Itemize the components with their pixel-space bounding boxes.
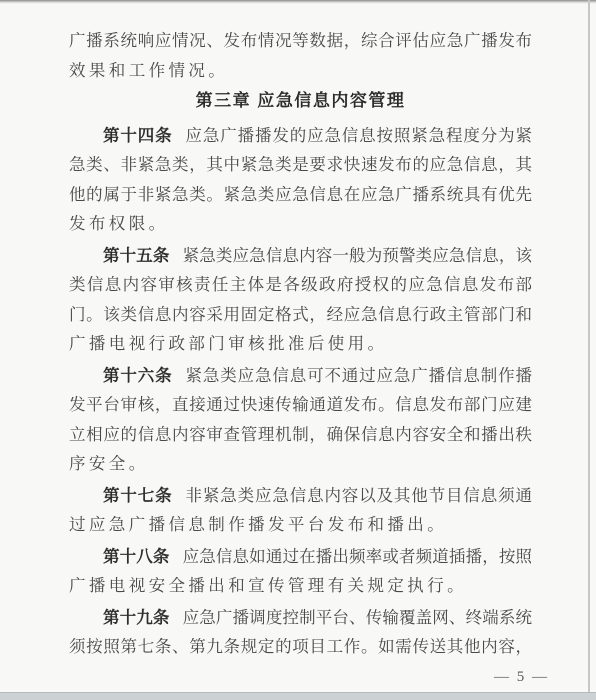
text-line: 第十五条紧急类应急信息内容一般为预警类应急信息，该 bbox=[69, 241, 532, 271]
article-text: 应急广播调度控制平台、传输覆盖网、终端系统 bbox=[183, 608, 532, 627]
paragraph: 第十六条紧急类应急信息可不通过应急广播信息制作播发平台审核，直接通过快速传输通道… bbox=[69, 361, 532, 479]
text-line: 广播系统响应情况、发布情况等数据，综合评估应急广播发布 bbox=[69, 26, 532, 56]
text-line: 效果和工作情况。 bbox=[69, 56, 532, 86]
text-line: 广播电视行政部门审核批准后使用。 bbox=[69, 329, 532, 359]
text-line: 立相应的信息内容审查管理机制，确保信息内容安全和播出秩 bbox=[69, 420, 532, 450]
text-line: 第十四条应急广播播发的应急信息按照紧急程度分为紧 bbox=[69, 121, 532, 151]
article-number: 第十六条 bbox=[103, 367, 172, 385]
text-line: 序安全。 bbox=[69, 449, 532, 479]
document-body: 广播系统响应情况、发布情况等数据，综合评估应急广播发布效果和工作情况。第三章 应… bbox=[69, 26, 532, 662]
scan-top-edge bbox=[0, 0, 596, 4]
article-number: 第十八条 bbox=[103, 548, 170, 566]
chapter-heading: 第三章 应急信息内容管理 bbox=[69, 86, 532, 116]
article-number: 第十五条 bbox=[103, 247, 170, 265]
text-line: 广播电视安全播出和宣传管理有关规定执行。 bbox=[69, 571, 532, 601]
article-number: 第十七条 bbox=[103, 487, 172, 505]
article-text: 应急信息如通过在播出频率或者频道插播，按照 bbox=[183, 547, 532, 566]
text-line: 须按照第七条、第九条规定的项目工作。如需传送其他内容， bbox=[69, 632, 532, 662]
article-text: 应急广播播发的应急信息按照紧急程度分为紧 bbox=[185, 126, 532, 145]
text-line: 类信息内容审核责任主体是各级政府授权的应急信息发布部 bbox=[69, 270, 532, 300]
paragraph: 广播系统响应情况、发布情况等数据，综合评估应急广播发布效果和工作情况。 bbox=[69, 26, 532, 85]
paragraph: 第十七条非紧急类应急信息内容以及其他节目信息须通过应急广播信息制作播发平台发布和… bbox=[69, 481, 532, 540]
paragraph: 第十五条紧急类应急信息内容一般为预警类应急信息，该类信息内容审核责任主体是各级政… bbox=[69, 241, 532, 359]
article-text: 紧急类应急信息内容一般为预警类应急信息，该 bbox=[183, 246, 532, 265]
text-line: 他的属于非紧急类。紧急类应急信息在应急广播系统具有优先 bbox=[69, 180, 532, 210]
article-text: 非紧急类应急信息内容以及其他节目信息须通 bbox=[185, 486, 532, 505]
scan-bottom-page-edge bbox=[0, 692, 596, 700]
text-line: 发平台审核，直接通过快速传输通道发布。信息发布部门应建 bbox=[69, 390, 532, 420]
text-line: 第十六条紧急类应急信息可不通过应急广播信息制作播 bbox=[69, 361, 532, 391]
text-line: 急类、非紧急类，其中紧急类是要求快速发布的应急信息，其 bbox=[69, 150, 532, 180]
text-line: 发布权限。 bbox=[69, 209, 532, 239]
article-text: 紧急类应急信息可不通过应急广播信息制作播 bbox=[185, 366, 532, 385]
text-line: 第十七条非紧急类应急信息内容以及其他节目信息须通 bbox=[69, 481, 532, 511]
scanned-document-page: { "page": { "page_number": "— 5 —", "pap… bbox=[0, 0, 596, 700]
text-line: 过应急广播信息制作播发平台发布和播出。 bbox=[69, 510, 532, 540]
scan-right-page-edge bbox=[588, 0, 590, 700]
article-number: 第十四条 bbox=[103, 127, 172, 145]
paragraph: 第十四条应急广播播发的应急信息按照紧急程度分为紧急类、非紧急类，其中紧急类是要求… bbox=[69, 121, 532, 239]
paragraph: 第十九条应急广播调度控制平台、传输覆盖网、终端系统须按照第七条、第九条规定的项目… bbox=[69, 603, 532, 662]
article-number: 第十九条 bbox=[103, 609, 170, 627]
text-line: 第十八条应急信息如通过在播出频率或者频道插播，按照 bbox=[69, 542, 532, 572]
page-number: — 5 — bbox=[494, 665, 549, 689]
paragraph: 第十八条应急信息如通过在播出频率或者频道插播，按照广播电视安全播出和宣传管理有关… bbox=[69, 542, 532, 601]
text-line: 门。该类信息内容采用固定格式，经应急信息行政主管部门和 bbox=[69, 300, 532, 330]
text-line: 第十九条应急广播调度控制平台、传输覆盖网、终端系统 bbox=[69, 603, 532, 633]
